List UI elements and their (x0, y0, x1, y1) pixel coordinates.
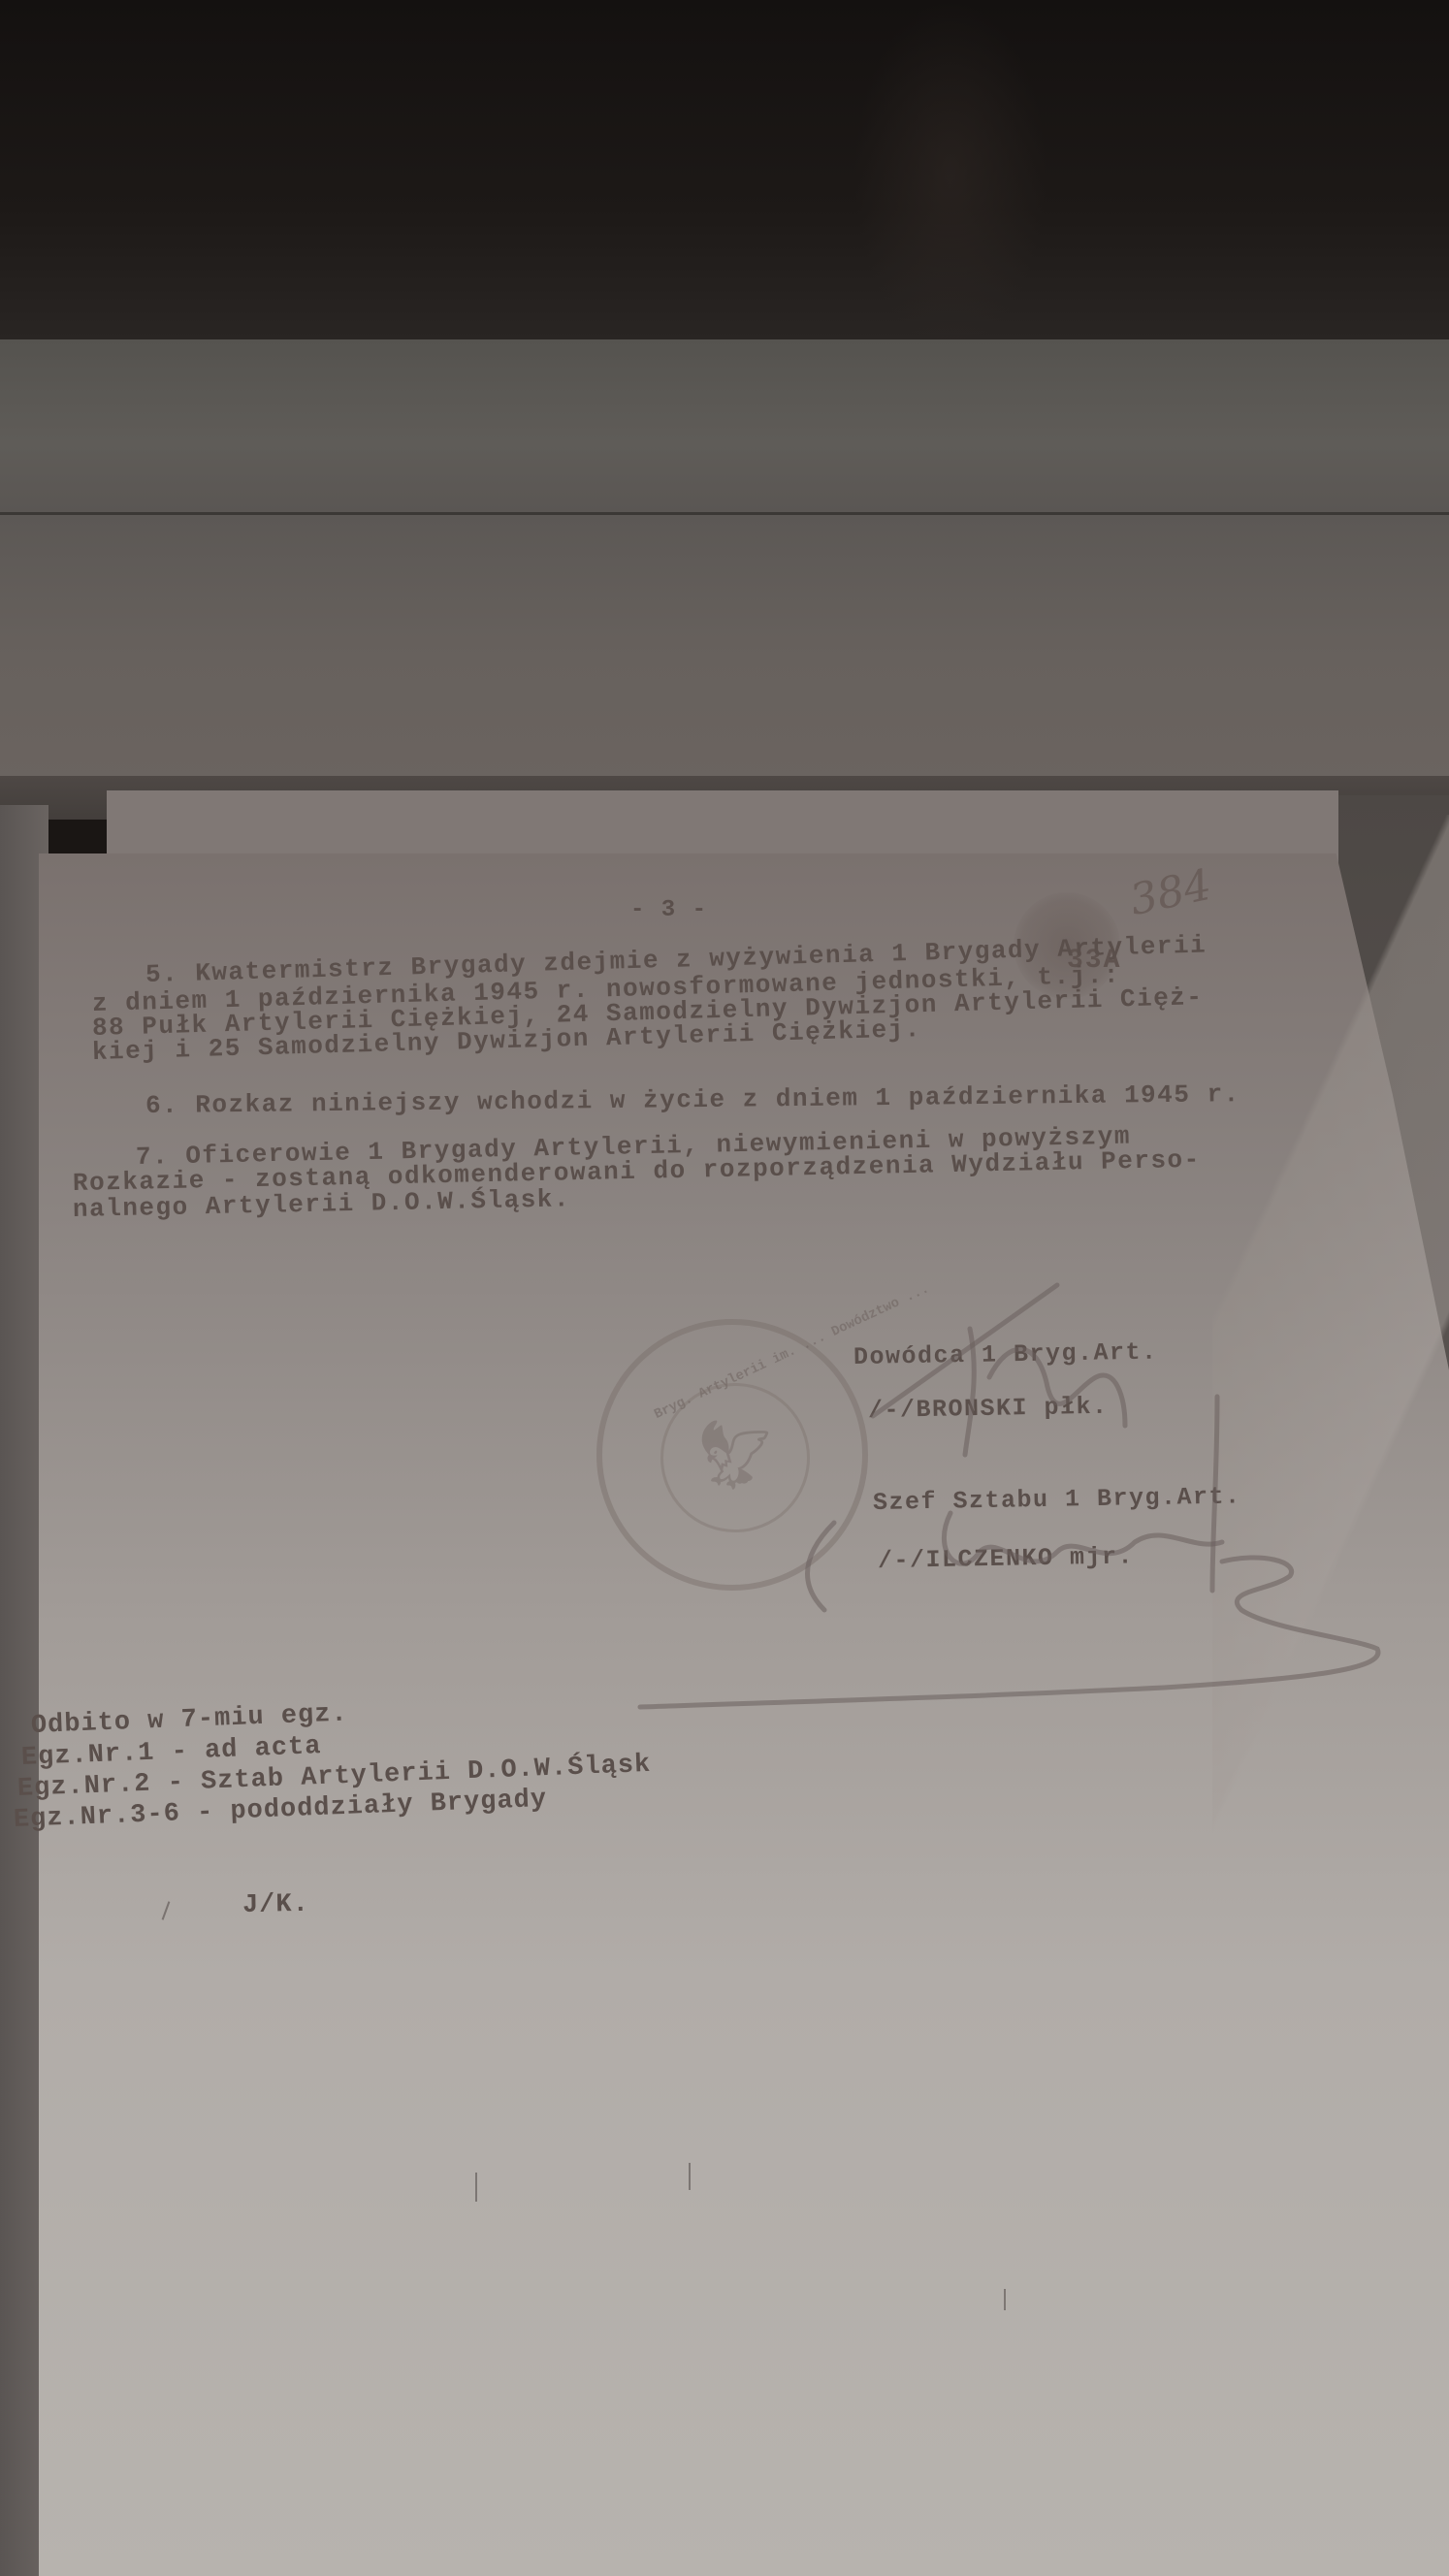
handwritten-signatures (0, 0, 1449, 2576)
commander-title: Dowódca 1 Bryg.Art. (853, 1338, 1158, 1371)
typed-document: - 3 - 384 33A 5. Kwatermistrz Brygady zd… (0, 0, 1449, 2576)
eagle-emblem-icon: 🦅︎ (663, 1386, 807, 1529)
chief-of-staff-title: Szef Sztabu 1 Bryg.Art. (873, 1482, 1241, 1517)
paragraph-6: 6. Rozkaz niniejszy wchodzi w życie z dn… (145, 1079, 1240, 1120)
page-number: - 3 - (630, 897, 708, 923)
official-seal: Bryg. Artylerii im. ... Dowództwo ... 🦅︎ (596, 1319, 868, 1591)
handwritten-number: 384 (1126, 860, 1216, 925)
chief-of-staff-name: /-/ILCZENKO mjr. (878, 1542, 1135, 1575)
typist-initials: J/K. (242, 1890, 309, 1920)
commander-name: /-/BRONSKI płk. (868, 1393, 1109, 1425)
